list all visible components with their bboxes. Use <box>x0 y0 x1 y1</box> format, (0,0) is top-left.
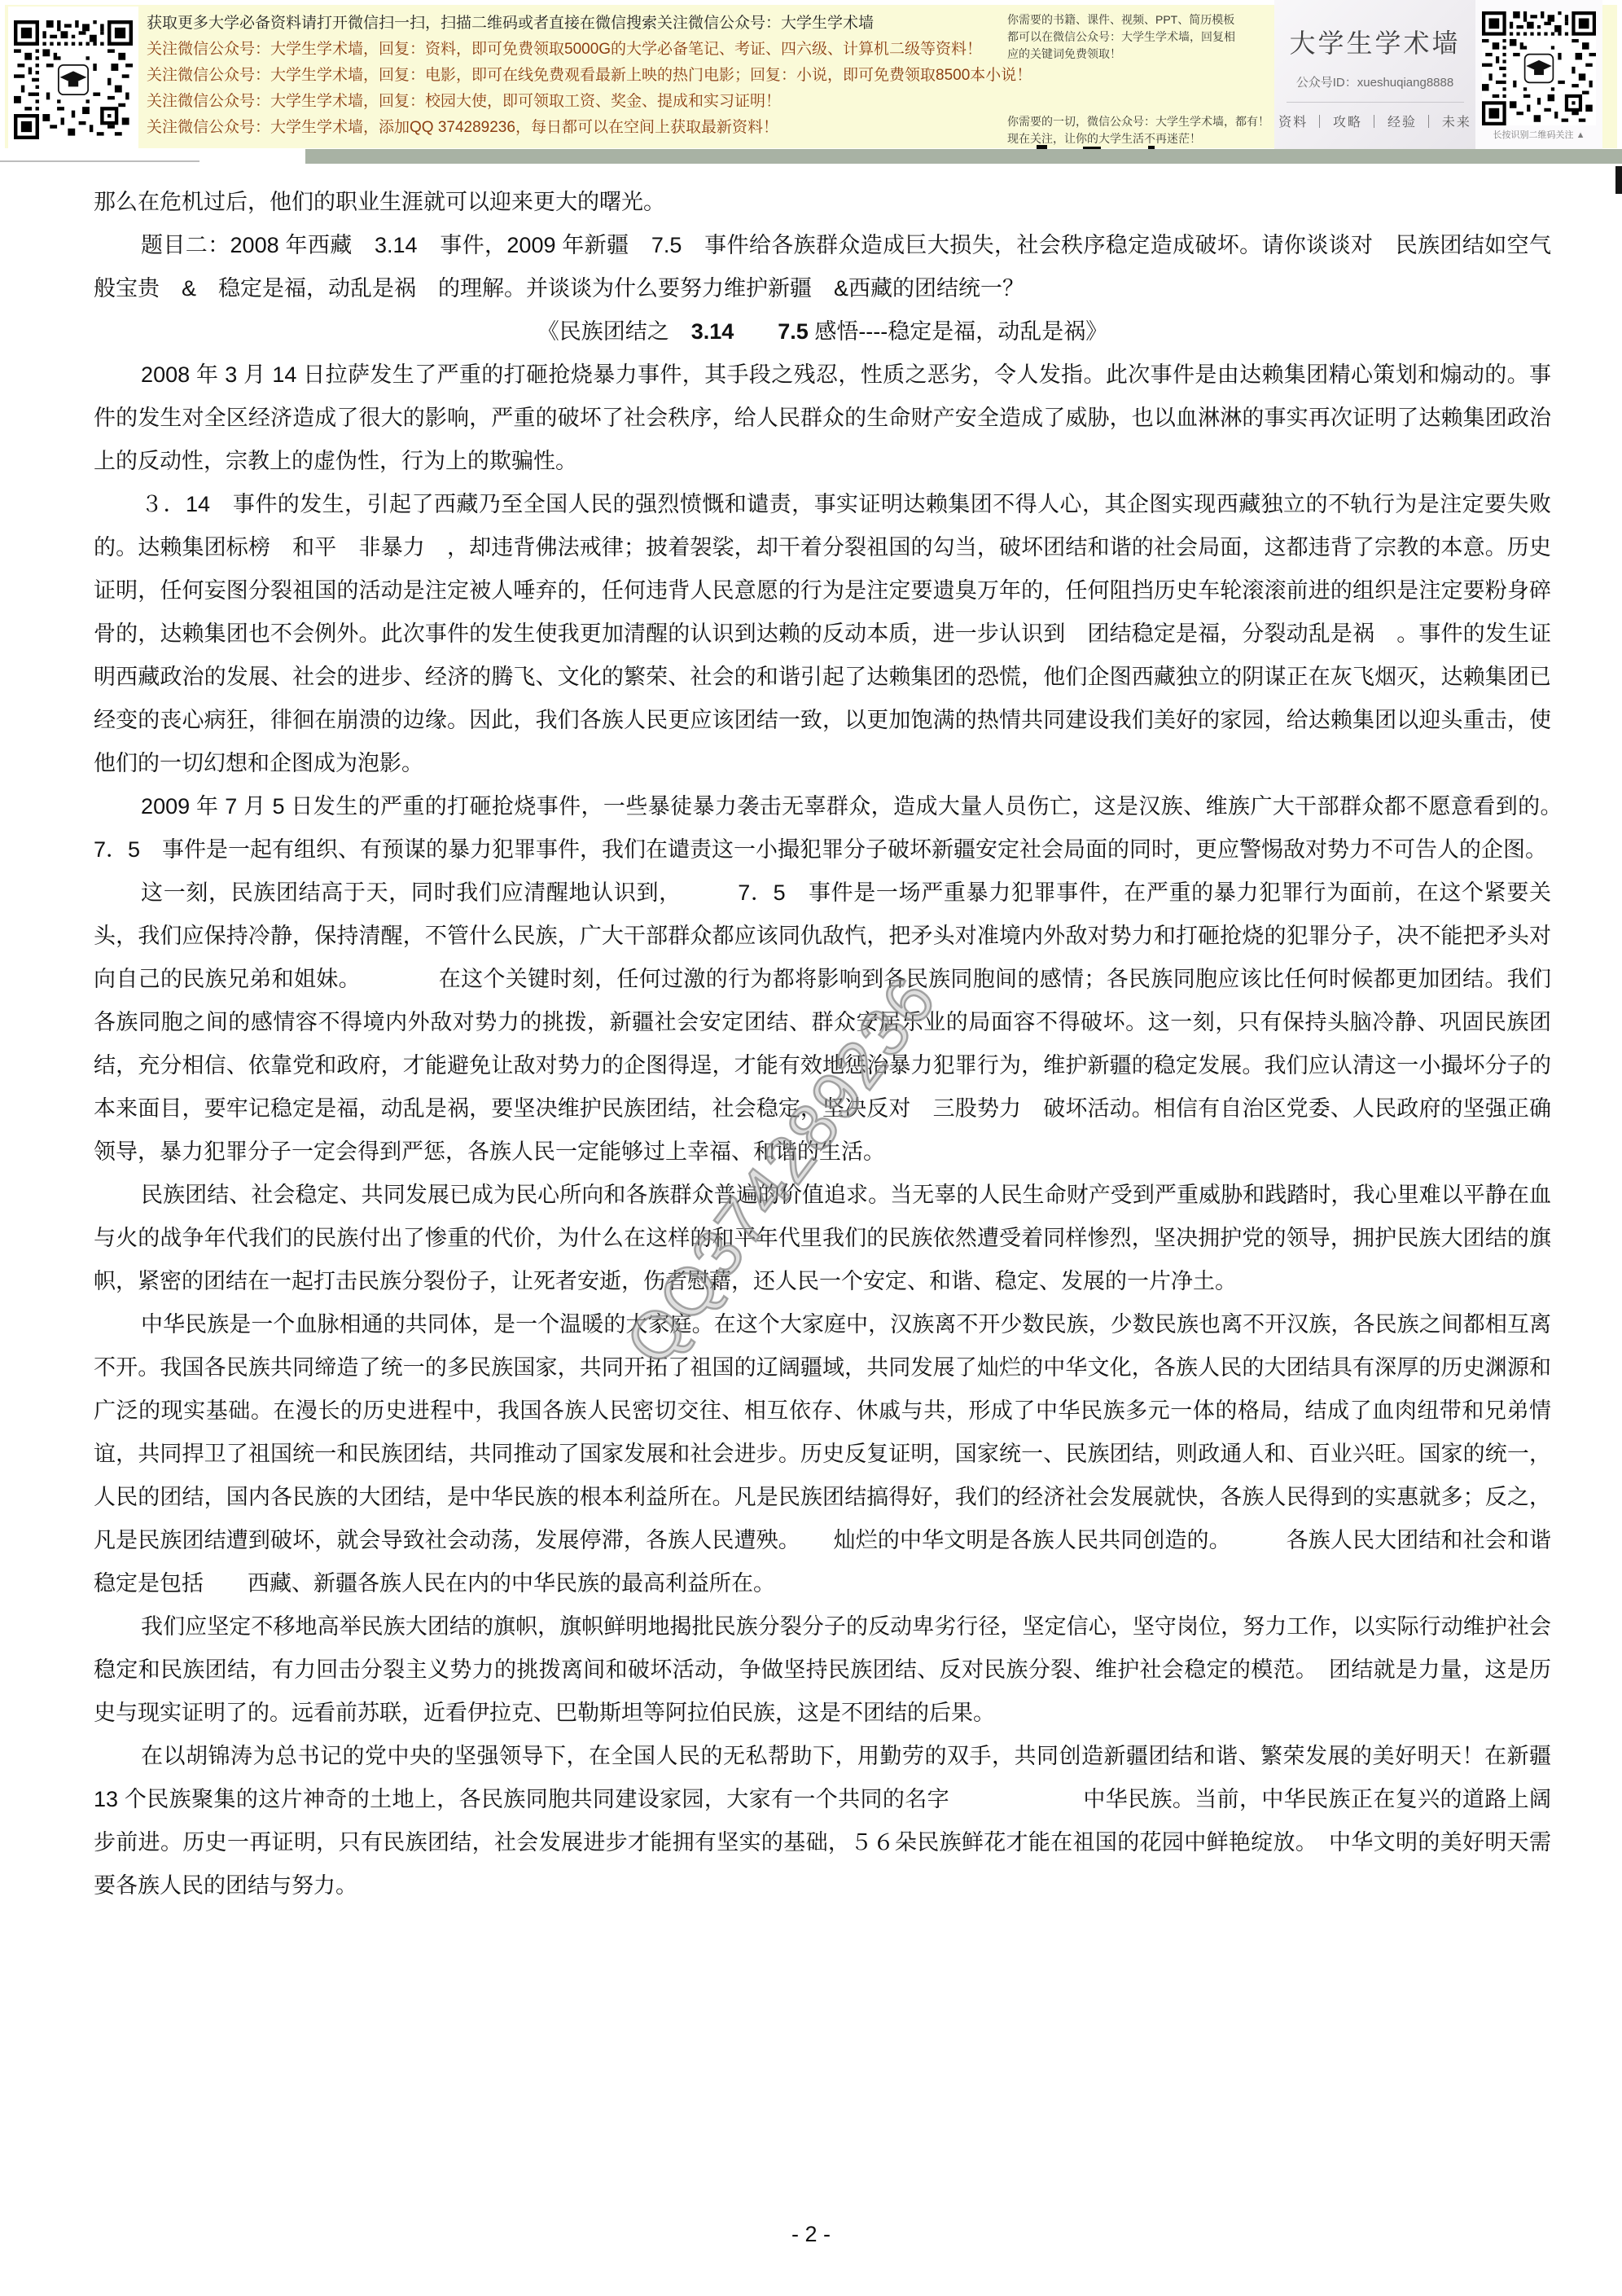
page-number: - 2 - <box>0 2222 1622 2247</box>
banner-middle-column: 你需要的书籍、课件、视频、PPT、简历模板 都可以在微信公众号：大学生学术墙，回… <box>1007 11 1280 147</box>
qr-code-icon <box>1482 11 1596 125</box>
paragraph: 2009 年 7 月 5 日发生的严重的打砸抢烧事件，一些暴徒暴力袭击无辜群众，… <box>94 785 1551 871</box>
banner-line: 关注微信公众号：大学生学术墙，回复：校园大使，即可领取工资、奖金、提成和实习证明… <box>147 89 1030 115</box>
brand-card: 大学生学术墙 公众号ID：xueshuqiang8888 资料 ｜ 攻略 ｜ 经… <box>1274 0 1475 149</box>
promo-banner: 获取更多大学必备资料请打开微信扫一扫，扫描二维码或者直接在微信搜索关注微信公众号… <box>0 0 1622 165</box>
banner-bottom-strip <box>305 149 1622 164</box>
qr-code-icon <box>14 18 133 142</box>
brand-account-id: 公众号ID：xueshuqiang8888 <box>1274 73 1475 90</box>
banner-mid-line: 你需要的一切，微信公众号：大学生学术墙，都有！ <box>1007 113 1280 130</box>
edge-artifact <box>1615 166 1622 194</box>
banner-line: 获取更多大学必备资料请打开微信扫一扫，扫描二维码或者直接在微信搜索关注微信公众号… <box>147 11 1030 37</box>
document-page: 获取更多大学必备资料请打开微信扫一扫，扫描二维码或者直接在微信搜索关注微信公众号… <box>0 0 1622 2296</box>
paragraph: 这一刻，民族团结高于天，同时我们应清醒地认识到， 7．5 事件是一场严重暴力犯罪… <box>94 871 1551 1174</box>
paragraph: 民族团结、社会稳定、共同发展已成为民心所向和各族群众普遍的价值追求。当无辜的人民… <box>94 1174 1551 1303</box>
divider <box>1287 102 1464 103</box>
paragraph: 题目二：2008 年西藏 3.14 事件，2009 年新疆 7.5 事件给各族群… <box>94 224 1551 310</box>
banner-mid-line: 你需要的书籍、课件、视频、PPT、简历模板 <box>1007 11 1280 29</box>
banner-mid-line: 应的关键词免费领取！ <box>1007 46 1280 63</box>
paragraph: 在以胡锦涛为总书记的党中央的坚强领导下，在全国人民的无私帮助下，用勤劳的双手，共… <box>94 1735 1551 1907</box>
page-edge-line <box>0 160 199 162</box>
paragraph: 2008 年 3 月 14 日拉萨发生了严重的打砸抢烧暴力事件，其手段之残忍，性… <box>94 353 1551 483</box>
paragraph: 那么在危机过后，他们的职业生涯就可以迎来更大的曙光。 <box>94 181 1551 224</box>
banner-line: 关注微信公众号：大学生学术墙，添加QQ 374289236，每日都可以在空间上获… <box>147 115 1030 141</box>
banner-text-column: 获取更多大学必备资料请打开微信扫一扫，扫描二维码或者直接在微信搜索关注微信公众号… <box>147 11 1030 141</box>
brand-tabs: 资料 ｜ 攻略 ｜ 经验 ｜ 未来 <box>1274 112 1475 130</box>
banner-mid-line: 都可以在微信公众号：大学生学术墙，回复相 <box>1007 29 1280 46</box>
qr-caption: 长按识别二维码关注 ▲ <box>1475 128 1602 141</box>
brand-qr-panel: 长按识别二维码关注 ▲ <box>1475 0 1602 149</box>
essay-body: 那么在危机过后，他们的职业生涯就可以迎来更大的曙光。 题目二：2008 年西藏 … <box>94 181 1551 1907</box>
paragraph: ３．14 事件的发生，引起了西藏乃至全国人民的强烈愤慨和谴责，事实证明达赖集团不… <box>94 483 1551 785</box>
brand-title: 大学生学术墙 <box>1274 23 1475 60</box>
banner-line: 关注微信公众号：大学生学术墙，回复：电影，即可在线免费观看最新上映的热门电影；回… <box>147 63 1030 89</box>
paragraph: 中华民族是一个血脉相通的共同体，是一个温暖的大家庭。在这个大家庭中，汉族离不开少… <box>94 1303 1551 1605</box>
paragraph: 我们应坚定不移地高举民族大团结的旗帜，旗帜鲜明地揭批民族分裂分子的反动卑劣行径，… <box>94 1605 1551 1735</box>
banner-qr-panel <box>8 7 138 153</box>
banner-line: 关注微信公众号：大学生学术墙，回复：资料，即可免费领取5000G的大学必备笔记、… <box>147 37 1030 63</box>
essay-title: 《民族团结之 3.14 7.5 感悟----稳定是福，动乱是祸》 <box>94 310 1551 353</box>
